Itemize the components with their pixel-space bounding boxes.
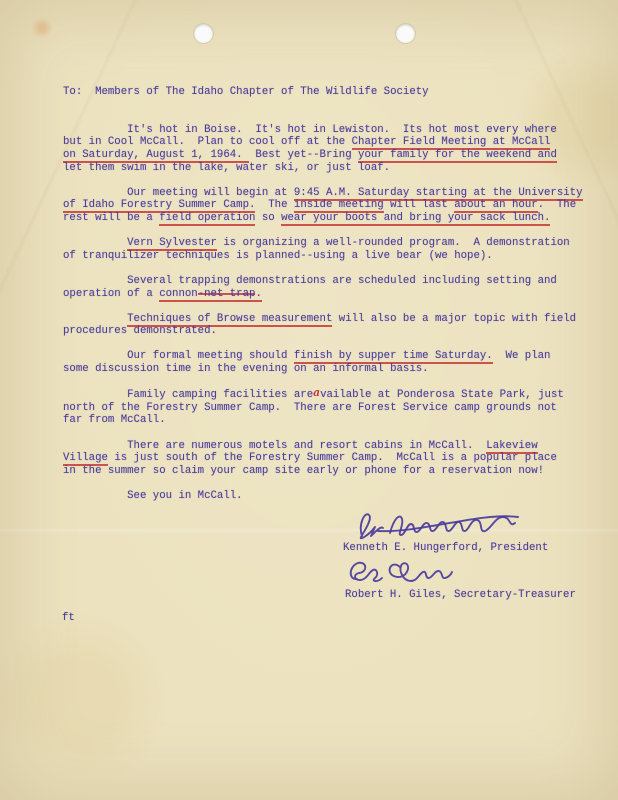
typed-text: is just south of the Forestry Summer Cam… xyxy=(108,452,557,464)
typed-text: Several trapping demonstrations are sche… xyxy=(63,275,557,287)
typed-line: Family camping facilities areavailable a… xyxy=(63,388,583,402)
typed-line: on Saturday, August 1, 1964. Best yet--B… xyxy=(63,149,583,162)
letter-paragraph: Our formal meeting should finish by supp… xyxy=(63,350,583,375)
typed-text: We plan xyxy=(493,350,551,362)
typed-line: procedures demonstrated. xyxy=(63,325,583,338)
letter-paragraph: See you in McCall. xyxy=(63,490,583,503)
letter-paragraph: Techniques of Browse measurement will al… xyxy=(63,313,583,338)
president-typed-name: Kenneth E. Hungerford, President xyxy=(343,542,548,555)
typed-text: of tranquilizer techniques is planned--u… xyxy=(63,250,493,262)
typed-line: Techniques of Browse measurement will al… xyxy=(63,313,583,326)
letter-paragraph: There are numerous motels and resort cab… xyxy=(63,440,583,478)
typed-line: rest will be a field operation so wear y… xyxy=(63,212,583,225)
typed-line: Our meeting will begin at 9:45 A.M. Satu… xyxy=(63,187,583,200)
typed-text: rest will be a xyxy=(63,212,159,224)
typed-text: See you in McCall. xyxy=(63,490,243,502)
typed-text: Our meeting will begin at xyxy=(63,187,294,199)
typed-text: let them swim in the lake, water ski, or… xyxy=(63,162,390,174)
typist-initials: ft xyxy=(62,612,75,624)
typed-text: There are numerous motels and resort cab… xyxy=(63,440,486,452)
typed-text: vailable at Ponderosa State Park, just xyxy=(320,389,564,401)
hole-punch-icon xyxy=(396,24,415,43)
typed-text: will also be a major topic with field xyxy=(332,313,576,325)
to-line: To: Members of The Idaho Chapter of The … xyxy=(63,86,583,99)
typed-text: north of the Forestry Summer Camp. There… xyxy=(63,402,557,414)
typed-line: Vern Sylvester is organizing a well-roun… xyxy=(63,237,583,250)
red-underlined-text: wear your boots and bring your sack lunc… xyxy=(281,212,550,226)
letter-page: To: Members of The Idaho Chapter of The … xyxy=(0,0,618,800)
typed-line: It's hot in Boise. It's hot in Lewiston.… xyxy=(63,124,583,137)
typed-text xyxy=(63,313,127,325)
typed-text: Family camping facilities are xyxy=(63,389,313,401)
typed-text: so xyxy=(255,212,281,224)
typed-line: but in Cool McCall. Plan to cool off at … xyxy=(63,136,583,149)
letter-paragraph: Our meeting will begin at 9:45 A.M. Satu… xyxy=(63,187,583,225)
letter-paragraph: Family camping facilities areavailable a… xyxy=(63,388,583,427)
typed-text: It's hot in Boise. It's hot in Lewiston.… xyxy=(63,124,557,136)
red-underlined-text: field operation xyxy=(159,212,255,226)
typed-line: in the summer so claim your camp site ea… xyxy=(63,465,583,478)
typed-line: Our formal meeting should finish by supp… xyxy=(63,350,583,363)
typed-line: let them swim in the lake, water ski, or… xyxy=(63,162,583,175)
giles-signature xyxy=(344,556,456,590)
typed-text: but in Cool McCall. Plan to cool off at … xyxy=(63,136,352,148)
typed-line: of Idaho Forestry Summer Camp. The insid… xyxy=(63,199,583,212)
secretary-typed-name: Robert H. Giles, Secretary-Treasurer xyxy=(345,589,576,602)
typed-text: procedures demonstrated. xyxy=(63,325,217,337)
typed-line: north of the Forestry Summer Camp. There… xyxy=(63,402,583,415)
typed-line: Village is just south of the Forestry Su… xyxy=(63,452,583,465)
typed-text: Our formal meeting should xyxy=(63,350,294,362)
letter-body: It's hot in Boise. It's hot in Lewiston.… xyxy=(63,124,583,503)
letter-text: To: Members of The Idaho Chapter of The … xyxy=(63,86,583,515)
typed-line: There are numerous motels and resort cab… xyxy=(63,440,583,453)
typed-text: is organizing a well-rounded program. A … xyxy=(217,237,570,249)
typed-text: some discussion time in the evening on a… xyxy=(63,363,429,375)
typed-line: See you in McCall. xyxy=(63,490,583,503)
typed-text: far from McCall. xyxy=(63,414,166,426)
typed-text: Best yet--Bring xyxy=(249,149,358,161)
typed-text: . The xyxy=(538,199,576,211)
letter-paragraph: It's hot in Boise. It's hot in Lewiston.… xyxy=(63,124,583,174)
typed-text: operation of a xyxy=(63,288,159,300)
red-inserted-char: a xyxy=(313,386,320,399)
red-struck-text: -net trap xyxy=(198,288,256,302)
letter-paragraph: Several trapping demonstrations are sche… xyxy=(63,275,583,300)
typed-line: some discussion time in the evening on a… xyxy=(63,363,583,376)
typed-line: operation of a connon-net trap. xyxy=(63,288,583,301)
typed-text: in the summer so claim your camp site ea… xyxy=(63,465,544,477)
typed-text: will last xyxy=(384,199,455,211)
hole-punch-icon xyxy=(194,24,213,43)
letter-paragraph: Vern Sylvester is organizing a well-roun… xyxy=(63,237,583,262)
typed-text: The xyxy=(255,199,293,211)
red-underlined-text: connon xyxy=(159,288,197,302)
red-underlined-text: . xyxy=(255,288,261,302)
typed-line: Several trapping demonstrations are sche… xyxy=(63,275,583,288)
typed-line: of tranquilizer techniques is planned--u… xyxy=(63,250,583,263)
typed-text xyxy=(63,237,127,249)
typed-line: far from McCall. xyxy=(63,414,583,427)
